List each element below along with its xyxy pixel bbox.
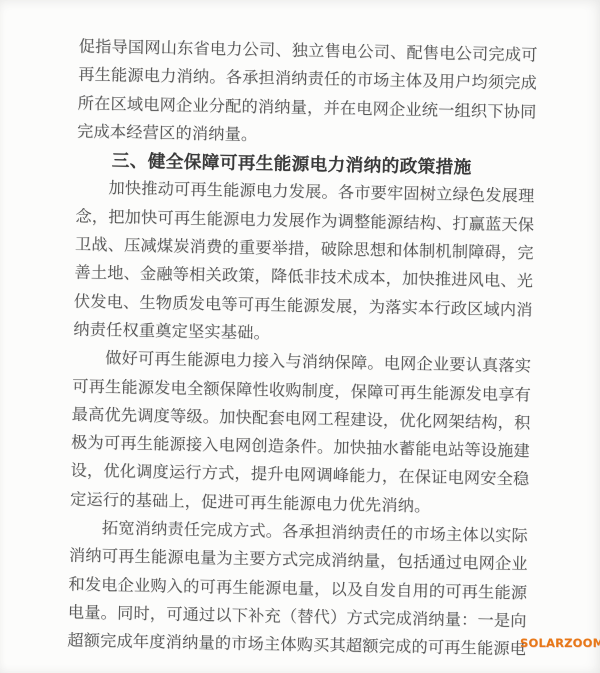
solarzoom-watermark: SOLARZOOM bbox=[520, 636, 600, 650]
document-page: 促指导国网山东省电力公司、独立售电公司、配售电公司完成可 再生能源电力消纳。各承… bbox=[0, 0, 600, 673]
document-text: 促指导国网山东省电力公司、独立售电公司、配售电公司完成可 再生能源电力消纳。各承… bbox=[67, 33, 537, 664]
